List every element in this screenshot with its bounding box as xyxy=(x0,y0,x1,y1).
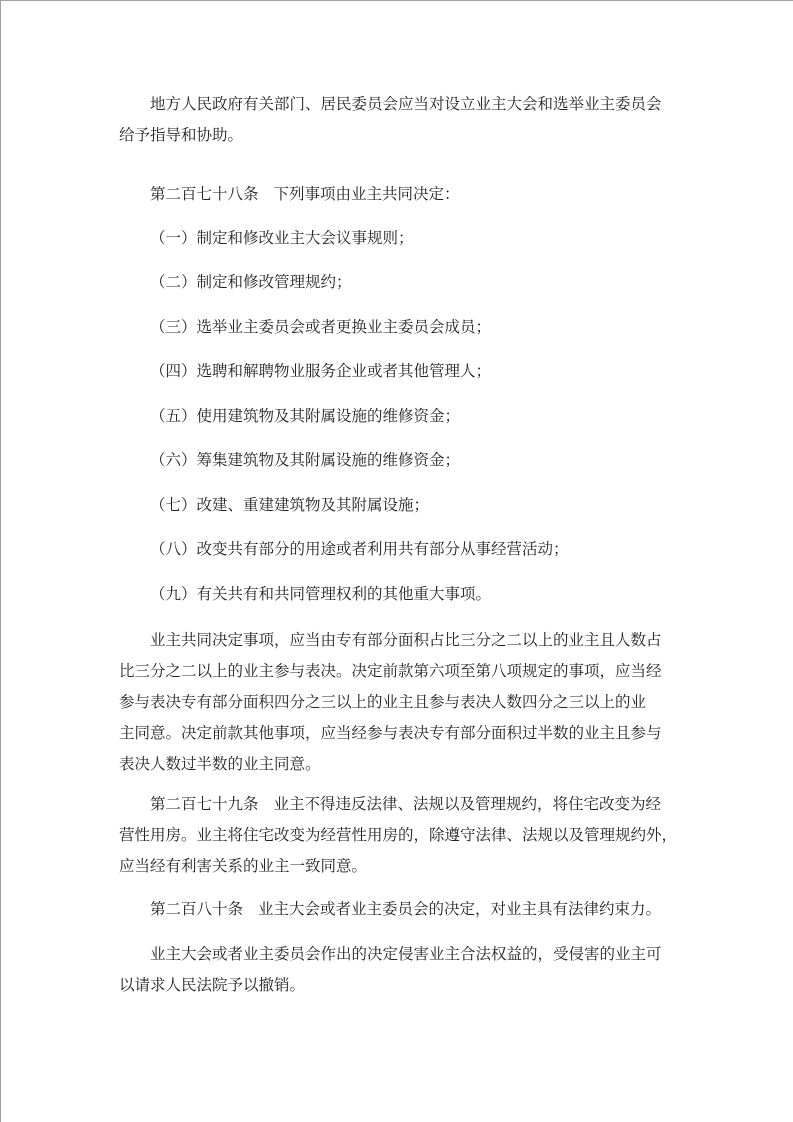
text-line: 业主共同决定事项，应当由专有部分面积占比三分之二以上的业主且人数占 xyxy=(119,625,679,656)
article-number: 第二百七十八条 xyxy=(150,185,259,203)
article-number: 第二百八十条 xyxy=(150,900,243,918)
article-278-heading: 第二百七十八条下列事项由业主共同决定： xyxy=(119,179,679,210)
list-item: （一）制定和修改业主大会议事规则； xyxy=(119,223,679,254)
list-item: （七）改建、重建建筑物及其附属设施； xyxy=(119,490,679,521)
paragraph-guidance: 地方人民政府有关部门、居民委员会应当对设立业主大会和选举业主委员会 给予指导和协… xyxy=(119,89,679,151)
text-line: 地方人民政府有关部门、居民委员会应当对设立业主大会和选举业主委员会 xyxy=(119,89,679,120)
article-279: 第二百七十九条业主不得违反法律、法规以及管理规约，将住宅改变为经 营性用房。业主… xyxy=(119,789,679,882)
list-item: （九）有关共有和共同管理权利的其他重大事项。 xyxy=(119,579,679,610)
text-line: 给予指导和协助。 xyxy=(119,120,679,151)
article-text: 业主不得违反法律、法规以及管理规约，将住宅改变为经 xyxy=(274,795,662,813)
text-line: 参与表决专有部分面积四分之三以上的业主且参与表决人数四分之三以上的业 xyxy=(119,687,679,718)
text-line: 应当经有利害关系的业主一致同意。 xyxy=(119,851,679,882)
text-line: 表决人数过半数的业主同意。 xyxy=(119,749,679,780)
paragraph-revocation: 业主大会或者业主委员会作出的决定侵害业主合法权益的，受侵害的业主可 以请求人民法… xyxy=(119,939,679,1001)
list-item: （二）制定和修改管理规约； xyxy=(119,267,679,298)
article-number: 第二百七十九条 xyxy=(150,795,259,813)
text-line: 以请求人民法院予以撤销。 xyxy=(119,970,679,1001)
list-item: （六）筹集建筑物及其附属设施的维修资金； xyxy=(119,445,679,476)
list-item: （八）改变共有部分的用途或者利用共有部分从事经营活动； xyxy=(119,534,679,565)
article-280: 第二百八十条业主大会或者业主委员会的决定，对业主具有法律约束力。 xyxy=(119,894,679,925)
text-line: 营性用房。业主将住宅改变为经营性用房的，除遵守法律、法规以及管理规约外， xyxy=(119,820,679,851)
text-line: 主同意。决定前款其他事项，应当经参与表决专有部分面积过半数的业主且参与 xyxy=(119,718,679,749)
document-page: 地方人民政府有关部门、居民委员会应当对设立业主大会和选举业主委员会 给予指导和协… xyxy=(0,0,793,1122)
list-item: （四）选聘和解聘物业服务企业或者其他管理人； xyxy=(119,356,679,387)
list-item: （三）选举业主委员会或者更换业主委员会成员； xyxy=(119,312,679,343)
article-text: 业主大会或者业主委员会的决定，对业主具有法律约束力。 xyxy=(258,900,661,918)
text-line: 第二百七十九条业主不得违反法律、法规以及管理规约，将住宅改变为经 xyxy=(119,789,679,820)
article-text: 下列事项由业主共同决定： xyxy=(274,185,460,203)
text-line: 业主大会或者业主委员会作出的决定侵害业主合法权益的，受侵害的业主可 xyxy=(119,939,679,970)
paragraph-voting-rules: 业主共同决定事项，应当由专有部分面积占比三分之二以上的业主且人数占 比三分之二以… xyxy=(119,625,679,780)
list-item: （五）使用建筑物及其附属设施的维修资金； xyxy=(119,401,679,432)
text-line: 比三分之二以上的业主参与表决。决定前款第六项至第八项规定的事项，应当经 xyxy=(119,656,679,687)
